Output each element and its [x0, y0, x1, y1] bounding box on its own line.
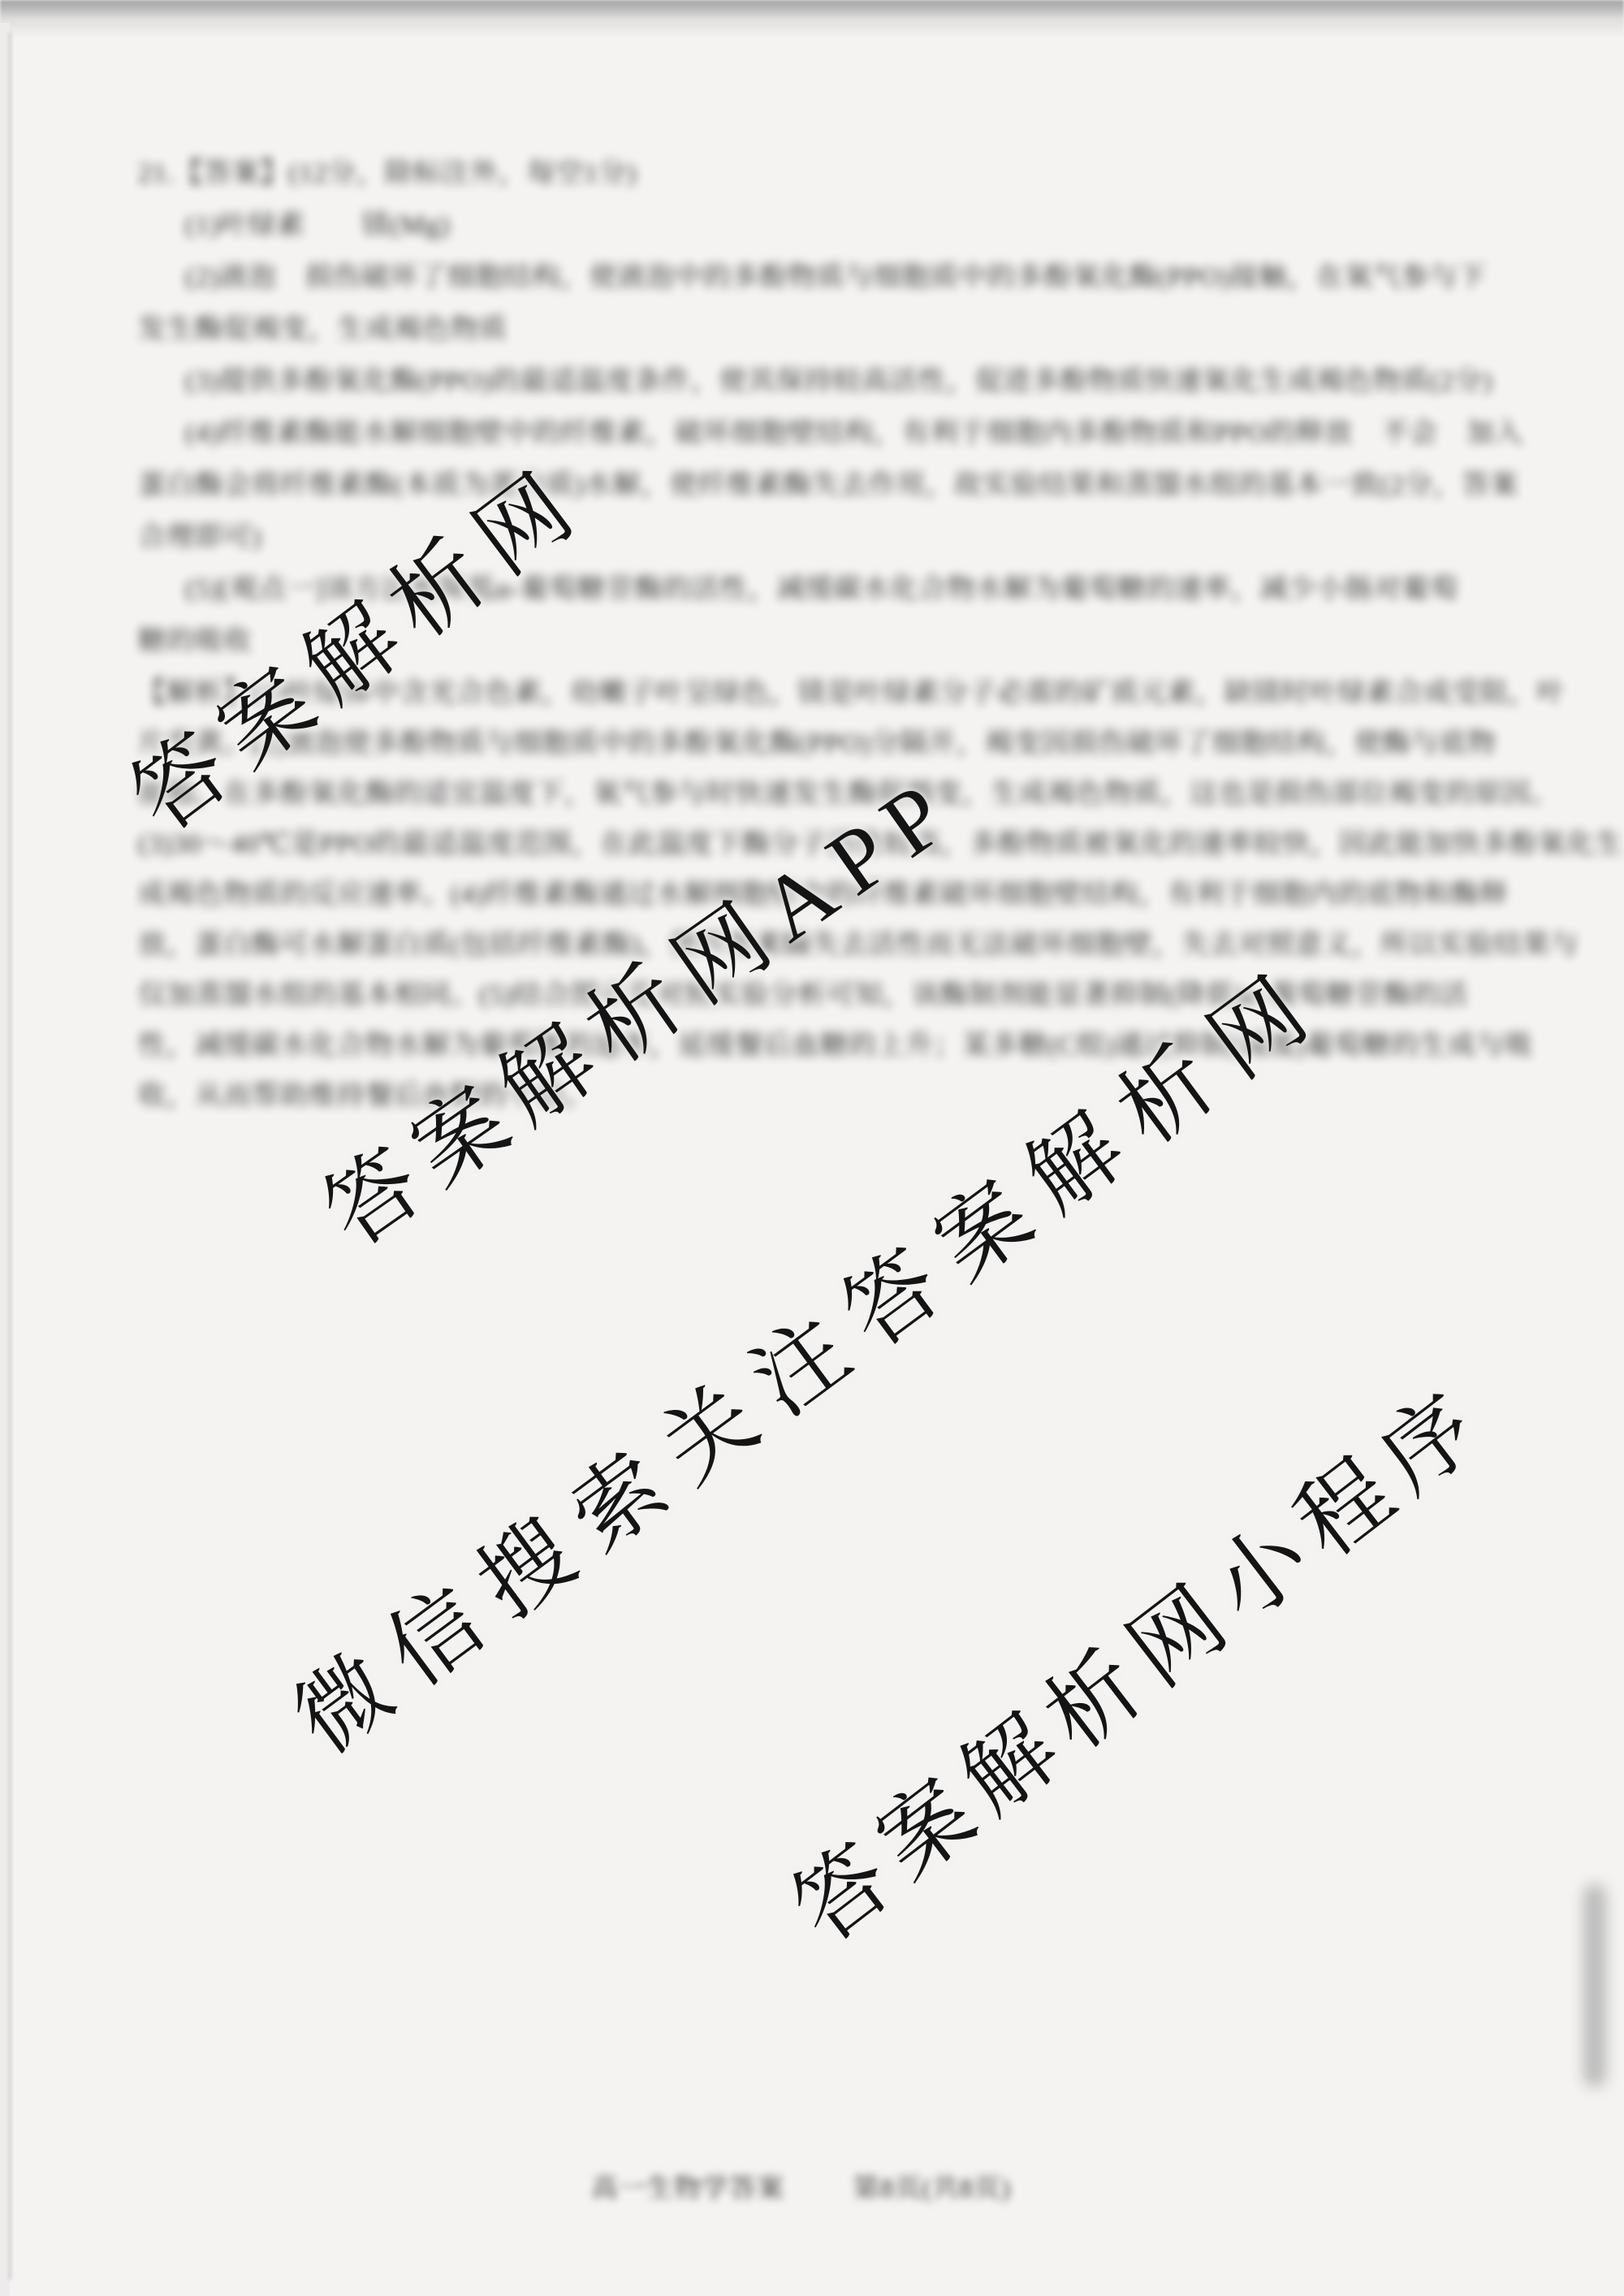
- text-line: (4)纤维素酶能水解细胞壁中的纤维素，破坏细胞壁结构，有利于细胞内多酚物质和PP…: [185, 420, 1523, 448]
- text-line: (2)液泡 损伤破坏了细胞结构，使液泡中的多酚物质与细胞质中的多酚氧化酶(PPO…: [185, 264, 1487, 292]
- text-line: 片变黄。(2)液泡使多酚物质与细胞质中的多酚氧化酶(PPO)分隔开，褐变因损伤破…: [138, 730, 1497, 758]
- answer-text-block: 21.【答案】(12分，除标注外，每空1分)(1)叶绿素 镁(Mg)(2)液泡 …: [0, 0, 1624, 2296]
- text-line: 合理即可): [138, 524, 261, 551]
- text-line: 糖的吸收: [138, 628, 252, 655]
- scanned-answer-page: 21.【答案】(12分，除标注外，每空1分)(1)叶绿素 镁(Mg)(2)液泡 …: [0, 0, 1624, 2296]
- footer-doc-title: 高一生物学答案: [591, 2167, 784, 2205]
- text-line: 21.【答案】(12分，除标注外，每空1分): [138, 160, 637, 188]
- text-line: (1)叶绿素 镁(Mg): [185, 212, 451, 240]
- text-line: 蛋白酶会将纤维素酶(本质为蛋白质)水解，使纤维素酶失去作用，故实验结果和蒸馏水组…: [138, 472, 1518, 499]
- text-line: 发生酶促褐变，生成褐色物质: [138, 316, 508, 344]
- text-line: 放，蛋白酶可水解蛋白质(包括纤维素酶)，使纤维素酶失去活性而无法破坏细胞壁，失去…: [138, 932, 1579, 959]
- text-line: (3)提供多酚氧化酶(PPO)的最适温度条件，使其保持较高活性，促进多酚物质快速…: [185, 368, 1492, 396]
- footer-page-number: 第8页(共8页): [853, 2167, 1011, 2205]
